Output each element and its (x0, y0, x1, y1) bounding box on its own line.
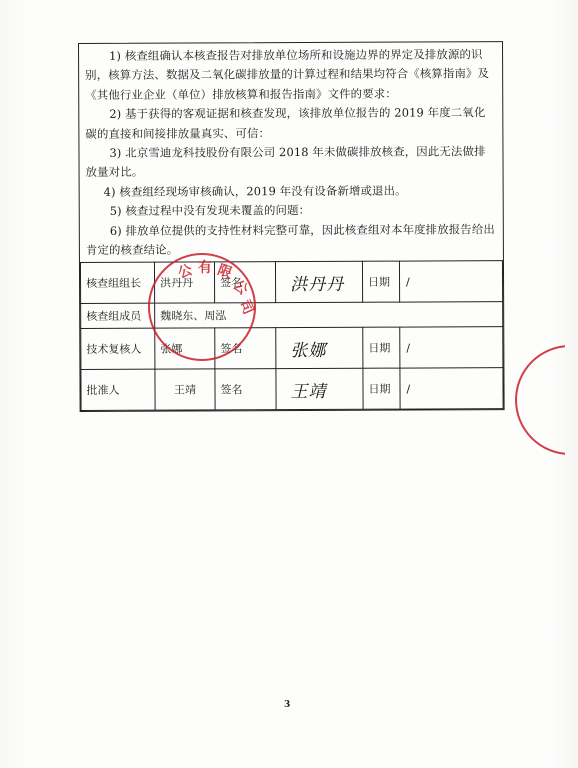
role-label: 技术复核人 (81, 329, 155, 370)
verification-conclusion-table: 1) 核查组确认本核查报告对排放单位场所和设施边界的界定及排放源的识别，核算方法… (78, 41, 505, 412)
date-label: 日期 (362, 262, 399, 303)
row-approver: 批准人 王靖 签名 王靖 日期 / (81, 368, 503, 411)
conclusion-item-3: 3) 北京雪迪龙科技股份有限公司 2018 年未做碳排放核查，因此无法做排放量对… (85, 142, 496, 183)
role-label: 核查组成员 (81, 304, 155, 329)
role-label: 核查组组长 (80, 263, 154, 304)
conclusion-item-2: 2) 基于获得的客观证据和核查发现，该排放单位报告的 2019 年度二氧化碳的直… (85, 103, 496, 144)
handwritten-signature: 张娜 (276, 328, 363, 369)
date-value: / (400, 368, 503, 409)
person-name: 洪丹丹 (154, 262, 214, 303)
signature-table: 核查组组长 洪丹丹 签名 洪丹丹 日期 / 核查组成员 魏晓东、周泓 技术复核人… (80, 261, 504, 412)
conclusion-item-1: 1) 核查组确认本核查报告对排放单位场所和设施边界的界定及排放源的识别，核算方法… (85, 45, 496, 105)
row-members: 核查组成员 魏晓东、周泓 (81, 302, 503, 329)
person-name: 张娜 (155, 328, 215, 369)
date-value: / (399, 261, 502, 302)
role-label: 批准人 (81, 370, 155, 411)
handwritten-signature: 洪丹丹 (275, 262, 362, 303)
date-label: 日期 (363, 369, 400, 410)
handwritten-signature: 王靖 (276, 369, 363, 410)
sign-label: 签名 (214, 262, 275, 303)
row-leader: 核查组组长 洪丹丹 签名 洪丹丹 日期 / (80, 261, 502, 304)
conclusion-item-6: 6) 排放单位提供的支持性材料完整可靠，因此核查组对本年度排放报告给出肯定的核查… (86, 220, 497, 261)
date-value: / (400, 327, 503, 368)
row-reviewer: 技术复核人 张娜 签名 张娜 日期 / (81, 327, 503, 370)
conclusion-section: 1) 核查组确认本核查报告对排放单位场所和设施边界的界定及排放源的识别，核算方法… (79, 42, 503, 262)
sign-label: 签名 (215, 328, 276, 369)
conclusion-item-4: 4) 核查组经现场审核确认，2019 年没有设备新增或退出。 (86, 181, 497, 202)
date-label: 日期 (363, 328, 400, 369)
sign-label: 签名 (215, 369, 276, 410)
conclusion-item-5: 5) 核查过程中没有发现未覆盖的问题： (86, 200, 497, 221)
person-name: 王靖 (155, 369, 215, 410)
partial-seal-stamp (515, 345, 578, 455)
page-number: 3 (284, 700, 290, 710)
member-names: 魏晓东、周泓 (155, 302, 503, 329)
